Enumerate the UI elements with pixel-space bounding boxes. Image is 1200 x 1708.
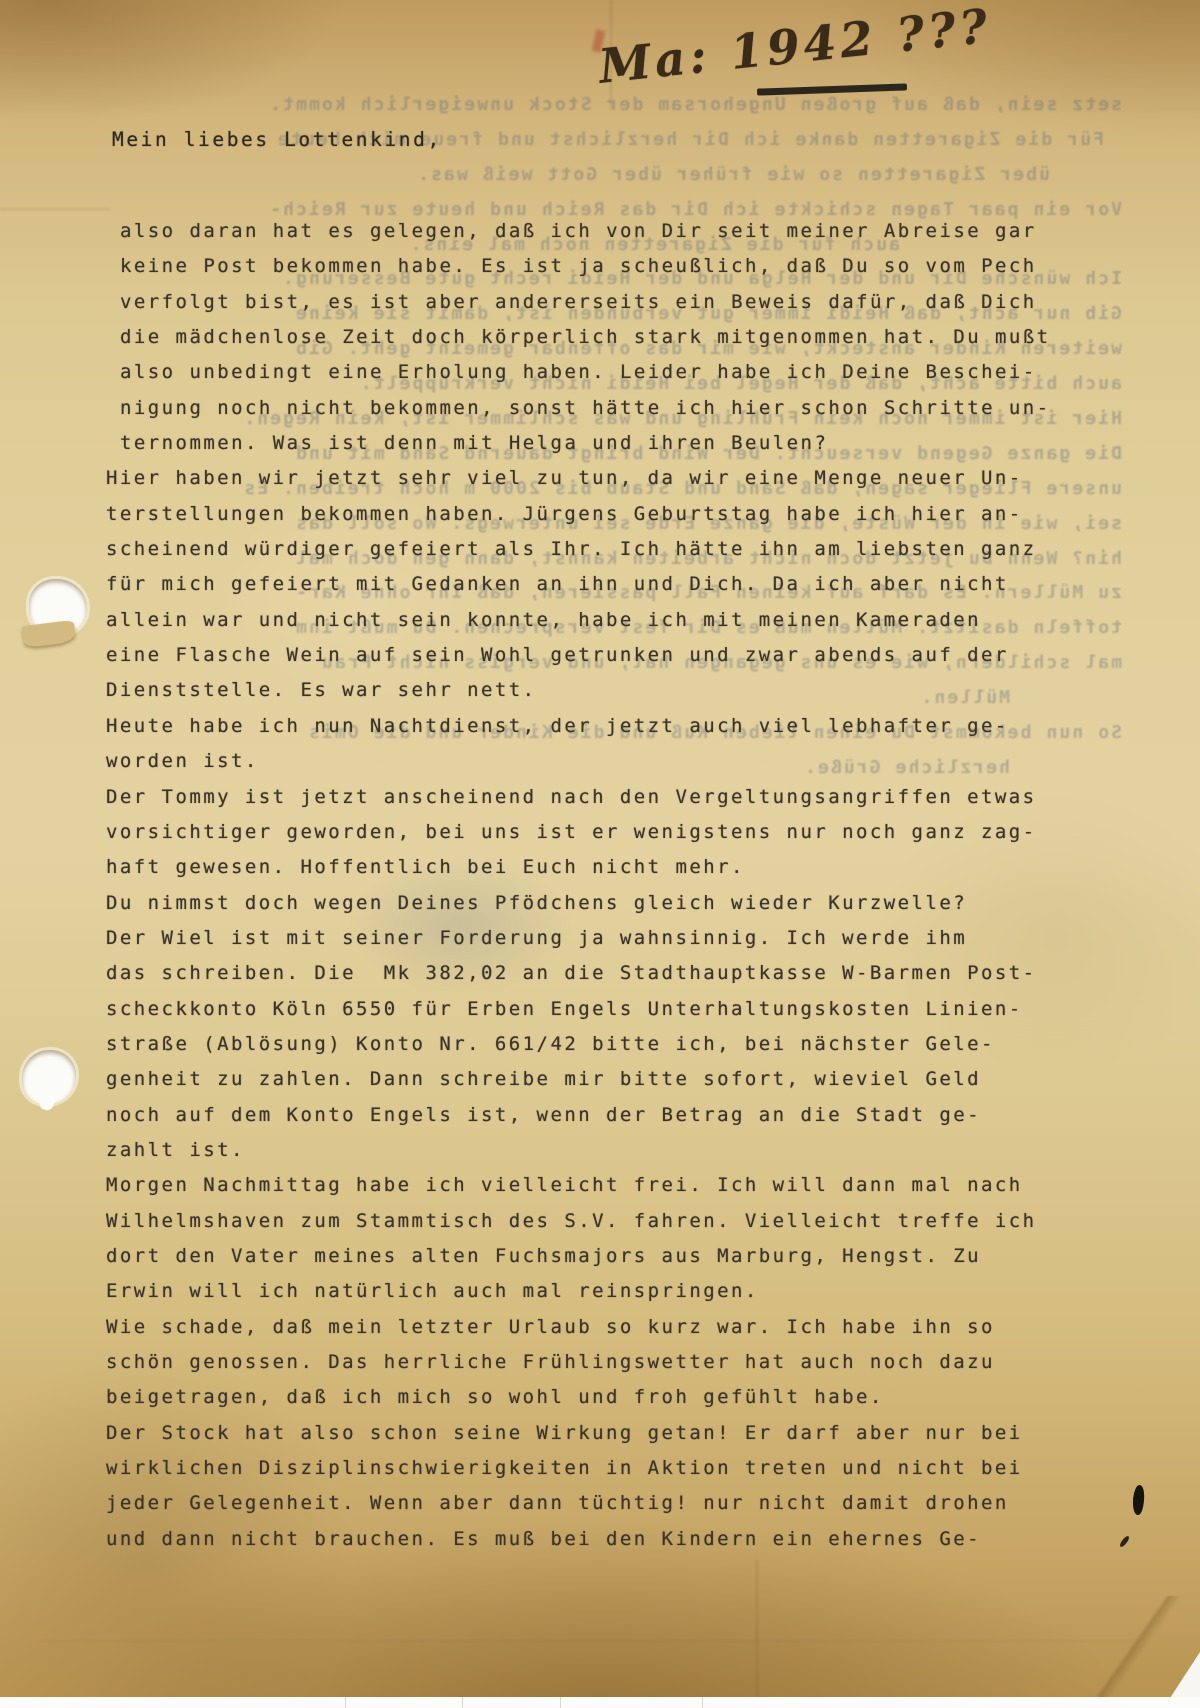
typed-line: Wilhelmshaven zum Stammtisch des S.V. fa…	[0, 1204, 1200, 1239]
typed-text: also daran hat es gelegen, daß ich von D…	[0, 214, 1200, 1557]
typed-line: zahlt ist.	[0, 1133, 1200, 1168]
typed-line: Der Wiel ist mit seiner Forderung ja wah…	[0, 921, 1200, 956]
salutation: Mein liebes Lottenkind,	[112, 128, 442, 151]
typed-line: die mädchenlose Zeit doch körperlich sta…	[0, 320, 1200, 355]
typed-line: Der Stock hat also schon seine Wirkung g…	[0, 1416, 1200, 1451]
punch-hole-top	[29, 579, 87, 635]
typed-line: genheit zu zahlen. Dann schreibe mir bit…	[0, 1062, 1200, 1097]
typed-line: Du nimmst doch wegen Deines Pfödchens gl…	[0, 886, 1200, 921]
paper-crease	[40, 1640, 1140, 1642]
typed-line: Morgen Nachmittag habe ich vielleicht fr…	[0, 1168, 1200, 1203]
typed-line: scheckkonto Köln 6550 für Erben Engels U…	[0, 992, 1200, 1027]
typed-line: noch auf dem Konto Engels ist, wenn der …	[0, 1098, 1200, 1133]
paper-crease	[756, 1560, 758, 1697]
scan-artifact-line	[345, 1697, 346, 1708]
typed-line: verfolgt bist, es ist aber andererseits …	[0, 285, 1200, 320]
typed-line: worden ist.	[0, 744, 1200, 779]
typed-line: Erwin will ich natürlich auch mal reinsp…	[0, 1274, 1200, 1309]
typed-line: straße (Ablösung) Konto Nr. 661/42 bitte…	[0, 1027, 1200, 1062]
typed-line: und dann nicht brauchen. Es muß bei den …	[0, 1522, 1200, 1557]
corner-tear	[1170, 1652, 1200, 1698]
typed-line: allein war und nicht sein konnte, habe i…	[0, 603, 1200, 638]
typed-line: ternommen. Was ist denn mit Helga und ih…	[0, 426, 1200, 461]
typed-line: Der Tommy ist jetzt anscheinend nach den…	[0, 780, 1200, 815]
typed-line: schön genossen. Das herrliche Frühlingsw…	[0, 1345, 1200, 1380]
typed-line: scheinend würdiger gefeiert als Ihr. Ich…	[0, 532, 1200, 567]
scan-artifact-line	[462, 1697, 463, 1708]
scanned-letter-page: setz sein, daß auf großen Ungehorsam der…	[0, 0, 1200, 1708]
typed-line: keine Post bekommen habe. Es ist ja sche…	[0, 249, 1200, 284]
typed-line: terstellungen bekommen haben. Jürgens Ge…	[0, 497, 1200, 532]
typed-line: eine Flasche Wein auf sein Wohl getrunke…	[0, 638, 1200, 673]
typed-line: haft gewesen. Hoffentlich bei Euch nicht…	[0, 850, 1200, 885]
typed-line: also unbedingt eine Erholung haben. Leid…	[0, 355, 1200, 390]
typed-line: das schreiben. Die Mk 382,02 an die Stad…	[0, 956, 1200, 991]
typed-line: wirklichen Disziplinschwierigkeiten in A…	[0, 1451, 1200, 1486]
typed-line: nigung noch nicht bekommen, sonst hätte …	[0, 391, 1200, 426]
typed-line: für mich gefeiert mit Gedanken an ihn un…	[0, 567, 1200, 602]
bleedthrough-line: setz sein, daß auf großen Ungehorsam der…	[0, 88, 1200, 123]
typed-line: dort den Vater meines alten Fuchsmajors …	[0, 1239, 1200, 1274]
typed-line: vorsichtiger geworden, bei uns ist er we…	[0, 815, 1200, 850]
typed-line: Wie schade, daß mein letzter Urlaub so k…	[0, 1310, 1200, 1345]
typed-line: Hier haben wir jetzt sehr viel zu tun, d…	[0, 461, 1200, 496]
bleedthrough-line: über Zigaretten so wie früher über Gott …	[0, 158, 1200, 193]
scan-artifact-line	[560, 1697, 561, 1708]
typed-line: also daran hat es gelegen, daß ich von D…	[0, 214, 1200, 249]
scanner-backing-strip	[0, 1697, 1200, 1708]
typed-line: jeder Gelegenheit. Wenn aber dann tüchti…	[0, 1486, 1200, 1521]
scan-artifact-line	[702, 1697, 703, 1708]
typed-line: Dienststelle. Es war sehr nett.	[0, 673, 1200, 708]
typed-line: beigetragen, daß ich mich so wohl und fr…	[0, 1380, 1200, 1415]
typed-line: Heute habe ich nun Nachtdienst, der jetz…	[0, 709, 1200, 744]
